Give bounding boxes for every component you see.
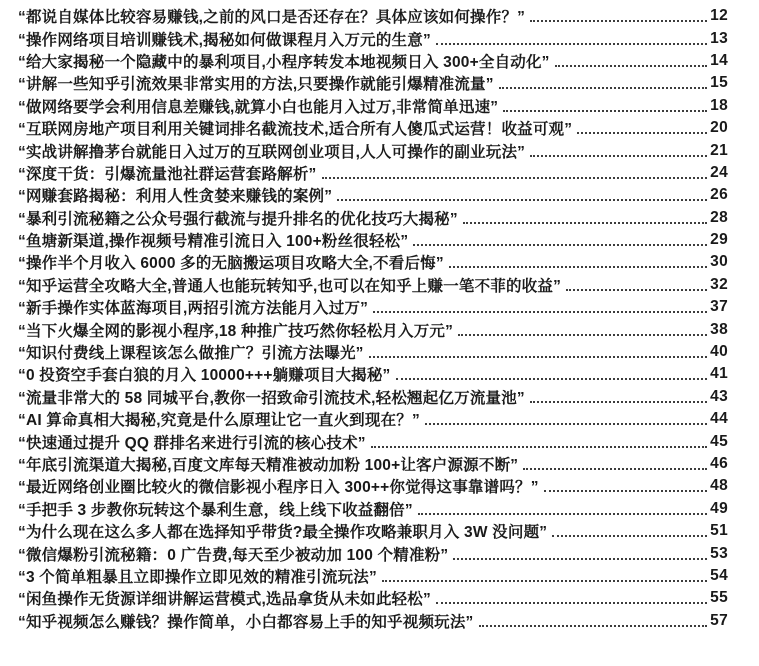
toc-page-number: 46 bbox=[710, 455, 728, 473]
toc-page-number: 40 bbox=[710, 343, 728, 361]
toc-entry[interactable]: “做网络要学会利用信息差赚钱,就算小白也能月入过万,非常简单迅速”18 bbox=[18, 95, 728, 117]
toc-page-number: 45 bbox=[710, 433, 728, 451]
dotted-leader bbox=[544, 490, 707, 492]
toc-entry-title: “实战讲解撸茅台就能日入过万的互联网创业项目,人人可操作的副业玩法” bbox=[18, 140, 525, 162]
toc-page-number: 13 bbox=[710, 30, 728, 48]
dotted-leader bbox=[458, 334, 707, 336]
toc-entry[interactable]: “微信爆粉引流秘籍：0 广告费,每天至少被动加 100 个精准粉”53 bbox=[18, 542, 728, 564]
toc-page-number: 18 bbox=[710, 97, 728, 115]
dotted-leader bbox=[436, 43, 707, 45]
toc-entry[interactable]: “最近网络创业圈比较火的微信影视小程序日入 300++你觉得这事靠谱吗？”48 bbox=[18, 475, 728, 497]
toc-entry[interactable]: “新手操作实体蓝海项目,两招引流方法能月入过万”37 bbox=[18, 296, 728, 318]
toc-entry-title: “手把手 3 步教你玩转这个暴利生意，线上线下收益翻倍” bbox=[18, 498, 413, 520]
toc-entry-title: “深度干货：引爆流量池社群运营套路解析” bbox=[18, 162, 317, 184]
toc-page-number: 48 bbox=[710, 477, 728, 495]
toc-entry-title: “知乎视频怎么赚钱？操作简单，小白都容易上手的知乎视频玩法” bbox=[18, 610, 474, 632]
toc-entry-title: “操作网络项目培训赚钱术,揭秘如何做课程月入万元的生意” bbox=[18, 28, 431, 50]
toc-entry-title: “做网络要学会利用信息差赚钱,就算小白也能月入过万,非常简单迅速” bbox=[18, 95, 498, 117]
toc-entry-title: “最近网络创业圈比较火的微信影视小程序日入 300++你觉得这事靠谱吗？” bbox=[18, 475, 539, 497]
dotted-leader bbox=[413, 244, 707, 246]
dotted-leader bbox=[503, 110, 707, 112]
toc-entry[interactable]: “知乎视频怎么赚钱？操作简单，小白都容易上手的知乎视频玩法”57 bbox=[18, 610, 728, 632]
toc-entry[interactable]: “知识付费线上课程该怎么做推广？引流方法曝光”40 bbox=[18, 341, 728, 363]
dotted-leader bbox=[373, 311, 707, 313]
dotted-leader bbox=[530, 155, 707, 157]
dotted-leader bbox=[337, 199, 707, 201]
toc-page-number: 55 bbox=[710, 589, 728, 607]
toc-entry-title: “知识付费线上课程该怎么做推广？引流方法曝光” bbox=[18, 341, 364, 363]
toc-entry-title: “流量非常大的 58 同城平台,教你一招致命引流技术,轻松翘起亿万流量池” bbox=[18, 386, 525, 408]
toc-page-number: 20 bbox=[710, 119, 728, 137]
toc-entry[interactable]: “操作半个月收入 6000 多的无脑搬运项目攻略大全,不看后悔”30 bbox=[18, 251, 728, 273]
toc-entry-title: “给大家揭秘一个隐藏中的暴利项目,小程序转发本地视频日入 300+全自动化” bbox=[18, 50, 550, 72]
toc-page-number: 28 bbox=[710, 209, 728, 227]
dotted-leader bbox=[552, 535, 707, 537]
toc-entry[interactable]: “AI 算命真相大揭秘,究竟是什么原理让它一直火到现在？”44 bbox=[18, 408, 728, 430]
toc-entry-title: “互联网房地产项目利用关键词排名截流技术,适合所有人傻瓜式运营！收益可观” bbox=[18, 117, 572, 139]
toc-entry[interactable]: “3 个简单粗暴且立即操作立即见效的精准引流玩法”54 bbox=[18, 565, 728, 587]
toc-entry[interactable]: “给大家揭秘一个隐藏中的暴利项目,小程序转发本地视频日入 300+全自动化”14 bbox=[18, 50, 728, 72]
toc-entry[interactable]: “知乎运营全攻略大全,普通人也能玩转知乎,也可以在知乎上赚一笔不菲的收益”32 bbox=[18, 274, 728, 296]
toc-entry-title: “暴利引流秘籍之公众号强行截流与提升排名的优化技巧大揭秘” bbox=[18, 207, 458, 229]
toc-page-number: 21 bbox=[710, 142, 728, 160]
toc-entry[interactable]: “手把手 3 步教你玩转这个暴利生意，线上线下收益翻倍”49 bbox=[18, 498, 728, 520]
toc-entry-title: “知乎运营全攻略大全,普通人也能玩转知乎,也可以在知乎上赚一笔不菲的收益” bbox=[18, 274, 561, 296]
table-of-contents: “都说自媒体比较容易赚钱,之前的风口是否还存在？具体应该如何操作？”12“操作网… bbox=[0, 0, 759, 632]
toc-entry[interactable]: “讲解一些知乎引流效果非常实用的方法,只要操作就能引爆精准流量”15 bbox=[18, 72, 728, 94]
dotted-leader bbox=[530, 401, 707, 403]
toc-entry[interactable]: “年底引流渠道大揭秘,百度文库每天精准被动加粉 100+让客户源源不断”46 bbox=[18, 453, 728, 475]
toc-entry-title: “都说自媒体比较容易赚钱,之前的风口是否还存在？具体应该如何操作？” bbox=[18, 5, 525, 27]
toc-entry[interactable]: “为什么现在这么多人都在选择知乎带货?最全操作攻略兼职月入 3W 没问题”51 bbox=[18, 520, 728, 542]
dotted-leader bbox=[566, 289, 707, 291]
toc-page-number: 37 bbox=[710, 298, 728, 316]
toc-entry-title: “年底引流渠道大揭秘,百度文库每天精准被动加粉 100+让客户源源不断” bbox=[18, 453, 518, 475]
toc-page-number: 15 bbox=[710, 74, 728, 92]
dotted-leader bbox=[396, 378, 708, 380]
toc-page-number: 51 bbox=[710, 522, 728, 540]
toc-page-number: 29 bbox=[710, 231, 728, 249]
dotted-leader bbox=[499, 87, 707, 89]
toc-page-number: 54 bbox=[710, 567, 728, 585]
toc-entry[interactable]: “0 投资空手套白狼的月入 10000+++躺赚项目大揭秘”41 bbox=[18, 363, 728, 385]
toc-entry-title: “0 投资空手套白狼的月入 10000+++躺赚项目大揭秘” bbox=[18, 363, 391, 385]
toc-entry-title: “为什么现在这么多人都在选择知乎带货?最全操作攻略兼职月入 3W 没问题” bbox=[18, 520, 547, 542]
toc-page-number: 14 bbox=[710, 52, 728, 70]
dotted-leader bbox=[479, 625, 708, 627]
toc-entry-title: “讲解一些知乎引流效果非常实用的方法,只要操作就能引爆精准流量” bbox=[18, 72, 494, 94]
dotted-leader bbox=[523, 468, 707, 470]
toc-entry[interactable]: “鱼塘新渠道,操作视频号精准引流日入 100+粉丝很轻松”29 bbox=[18, 229, 728, 251]
dotted-leader bbox=[369, 356, 708, 358]
toc-entry-title: “鱼塘新渠道,操作视频号精准引流日入 100+粉丝很轻松” bbox=[18, 229, 408, 251]
toc-page-number: 41 bbox=[710, 365, 728, 383]
toc-entry[interactable]: “网赚套路揭秘：利用人性贪婪来赚钱的案例”26 bbox=[18, 184, 728, 206]
toc-page-number: 49 bbox=[710, 500, 728, 518]
toc-entry-title: “微信爆粉引流秘籍：0 广告费,每天至少被动加 100 个精准粉” bbox=[18, 543, 448, 565]
toc-entry-title: “快速通过提升 QQ 群排名来进行引流的核心技术” bbox=[18, 431, 366, 453]
toc-entry[interactable]: “闲鱼操作无货源详细讲解运营模式,选品拿货从未如此轻松”55 bbox=[18, 587, 728, 609]
toc-entry-title: “AI 算命真相大揭秘,究竟是什么原理让它一直火到现在？” bbox=[18, 408, 420, 430]
dotted-leader bbox=[555, 65, 708, 67]
toc-entry[interactable]: “实战讲解撸茅台就能日入过万的互联网创业项目,人人可操作的副业玩法”21 bbox=[18, 139, 728, 161]
toc-entry-title: “3 个简单粗暴且立即操作立即见效的精准引流玩法” bbox=[18, 565, 377, 587]
toc-entry[interactable]: “深度干货：引爆流量池社群运营套路解析”24 bbox=[18, 162, 728, 184]
toc-entry[interactable]: “当下火爆全网的影视小程序,18 种推广技巧然你轻松月入万元”38 bbox=[18, 318, 728, 340]
toc-entry[interactable]: “操作网络项目培训赚钱术,揭秘如何做课程月入万元的生意”13 bbox=[18, 27, 728, 49]
dotted-leader bbox=[322, 177, 708, 179]
toc-page-number: 32 bbox=[710, 276, 728, 294]
toc-entry-title: “新手操作实体蓝海项目,两招引流方法能月入过万” bbox=[18, 296, 368, 318]
dotted-leader bbox=[453, 558, 707, 560]
toc-entry-title: “当下火爆全网的影视小程序,18 种推广技巧然你轻松月入万元” bbox=[18, 319, 453, 341]
dotted-leader bbox=[371, 446, 707, 448]
toc-page-number: 53 bbox=[710, 545, 728, 563]
dotted-leader bbox=[463, 222, 707, 224]
dotted-leader bbox=[577, 132, 707, 134]
toc-entry[interactable]: “流量非常大的 58 同城平台,教你一招致命引流技术,轻松翘起亿万流量池”43 bbox=[18, 386, 728, 408]
toc-entry[interactable]: “互联网房地产项目利用关键词排名截流技术,适合所有人傻瓜式运营！收益可观”20 bbox=[18, 117, 728, 139]
toc-page-number: 12 bbox=[710, 7, 728, 25]
toc-entry-title: “操作半个月收入 6000 多的无脑搬运项目攻略大全,不看后悔” bbox=[18, 251, 444, 273]
dotted-leader bbox=[382, 580, 707, 582]
toc-entry-title: “闲鱼操作无货源详细讲解运营模式,选品拿货从未如此轻松” bbox=[18, 587, 431, 609]
dotted-leader bbox=[530, 20, 707, 22]
dotted-leader bbox=[436, 602, 707, 604]
toc-page-number: 44 bbox=[710, 410, 728, 428]
toc-entry[interactable]: “都说自媒体比较容易赚钱,之前的风口是否还存在？具体应该如何操作？”12 bbox=[18, 5, 728, 27]
dotted-leader bbox=[425, 423, 707, 425]
toc-page-number: 30 bbox=[710, 253, 728, 271]
toc-page-number: 24 bbox=[710, 164, 728, 182]
toc-page-number: 38 bbox=[710, 321, 728, 339]
toc-entry-title: “网赚套路揭秘：利用人性贪婪来赚钱的案例” bbox=[18, 184, 332, 206]
toc-page-number: 26 bbox=[710, 186, 728, 204]
dotted-leader bbox=[449, 266, 707, 268]
toc-page-number: 43 bbox=[710, 388, 728, 406]
toc-entry[interactable]: “暴利引流秘籍之公众号强行截流与提升排名的优化技巧大揭秘”28 bbox=[18, 207, 728, 229]
dotted-leader bbox=[418, 513, 707, 515]
toc-page-number: 57 bbox=[710, 612, 728, 630]
toc-entry[interactable]: “快速通过提升 QQ 群排名来进行引流的核心技术”45 bbox=[18, 430, 728, 452]
